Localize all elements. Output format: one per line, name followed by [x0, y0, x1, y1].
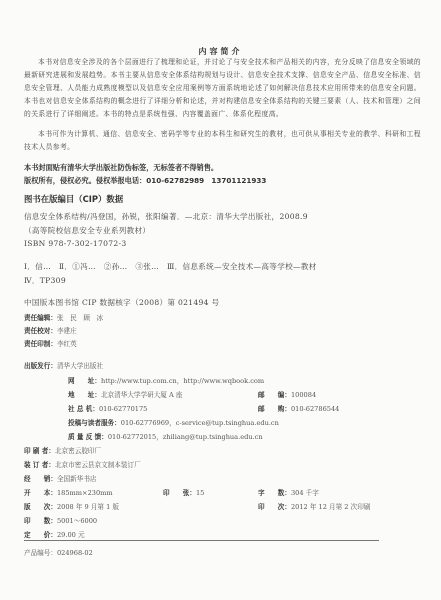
address-label: 地 址： — [68, 391, 101, 399]
cip-line-classification: Ⅳ．TP309 — [24, 275, 66, 286]
printer-label: 印 刷 者： — [24, 447, 55, 455]
staff-proofreader-value: 李建庄 — [57, 327, 77, 335]
edition-row: 版 次：2008 年 9 月第 1 版 — [24, 501, 119, 511]
website-label: 网 址： — [68, 377, 101, 385]
distributor-label: 经 销： — [24, 475, 57, 483]
switchboard-label: 社 总 机： — [68, 405, 99, 413]
words-label: 字 数： — [258, 489, 291, 497]
reader-service-value: 010-62776969，c-service@tup.tsinghua.edu.… — [121, 419, 279, 427]
price-label: 定 价： — [24, 531, 57, 539]
format-row: 开 本：185mm×230mm — [24, 487, 113, 497]
staff-proofreader-label: 责任校对： — [24, 327, 57, 335]
quality-feedback-value: 010-62772015，zhiliang@tup.tsinghua.edu.c… — [108, 433, 263, 441]
website-value[interactable]: http://www.tup.com.cn，http://www.wqbook.… — [101, 377, 264, 385]
product-code: 产品编号：024968-02 — [24, 547, 93, 557]
summary-paragraph-1: 本书对信息安全涉及的各个层面进行了梳理和论证，并讨论了与安全技术和产品相关的内容… — [24, 56, 421, 121]
cip-library-record: 中国版本图书馆 CIP 数据核字（2008）第 021494 号 — [24, 297, 219, 308]
copyright-notice: 版权所有，侵权必究。侵权举报电话：010-62782989 1370112193… — [24, 176, 266, 186]
sheets-label: 印 张： — [163, 489, 196, 497]
sheets-row: 印 张：15 — [163, 487, 204, 497]
format-value: 185mm×230mm — [57, 489, 113, 497]
divider-rule — [24, 540, 379, 541]
switchboard-value: 010-62770175 — [99, 405, 147, 413]
distributor-row: 经 销：全国新华书店 — [24, 473, 97, 483]
mail-order-value: 010-62786544 — [291, 405, 339, 413]
staff-printing-label: 责任印制： — [24, 340, 57, 348]
address-value: 北京清华大学学研大厦 A 座 — [101, 391, 183, 399]
staff-editor: 责任编辑：张 民 顾 冰 — [24, 312, 103, 322]
publisher-row: 出版发行：清华大学出版社 — [24, 360, 103, 370]
staff-proofreader: 责任校对：李建庄 — [24, 325, 77, 335]
words-row: 字 数：304 千字 — [258, 487, 319, 497]
mail-order-label: 邮 购： — [258, 405, 291, 413]
sheets-value: 15 — [196, 489, 204, 497]
price-row: 定 价：29.00 元 — [24, 529, 85, 539]
website-row: 网 址：http://www.tup.com.cn，http://www.wqb… — [68, 375, 264, 385]
staff-editor-value: 张 民 顾 冰 — [57, 314, 103, 322]
publisher-label: 出版发行： — [24, 362, 57, 370]
mail-order-row: 邮 购：010-62786544 — [258, 403, 339, 413]
binder-label: 装 订 者： — [24, 461, 55, 469]
switchboard-row: 社 总 机：010-62770175 — [68, 403, 147, 413]
staff-printing-value: 李红英 — [57, 340, 77, 348]
staff-printing: 责任印制：李红英 — [24, 338, 77, 348]
print-run-label: 印 数： — [24, 517, 57, 525]
summary-paragraph-2: 本书可作为计算机、通信、信息安全、密码学等专业的本科生和研究生的教材，也可供从事… — [24, 128, 421, 154]
cip-line-subjects: Ⅰ．信… Ⅱ．①冯… ②孙… ③张… Ⅲ．信息系统—安全技术—高等学校—教材 — [24, 261, 317, 272]
printer-value: 北京密云胶印厂 — [55, 447, 101, 455]
impression-row: 印 次：2012 年 12 月第 2 次印刷 — [258, 501, 370, 511]
quality-feedback-label: 质 量 反 馈： — [68, 433, 108, 441]
printer-row: 印 刷 者：北京密云胶印厂 — [24, 445, 101, 455]
reader-service-row: 投稿与读者服务：010-62776969，c-service@tup.tsing… — [68, 417, 279, 427]
postcode-label: 邮 编： — [258, 391, 291, 399]
cip-line-series: （高等院校信息安全专业系列教材） — [24, 225, 150, 236]
address-row: 地 址：北京清华大学学研大厦 A 座 — [68, 389, 182, 399]
binder-value: 北京市密云县京文制本装订厂 — [55, 461, 141, 469]
quality-feedback-row: 质 量 反 馈：010-62772015，zhiliang@tup.tsingh… — [68, 431, 263, 441]
cip-line-isbn: ISBN 978-7-302-17072-3 — [24, 239, 127, 248]
impression-label: 印 次： — [258, 503, 291, 511]
edition-label: 版 次： — [24, 503, 57, 511]
publisher-name: 清华大学出版社 — [57, 362, 103, 370]
binder-row: 装 订 者：北京市密云县京文制本装订厂 — [24, 459, 141, 469]
staff-editor-label: 责任编辑： — [24, 314, 57, 322]
anti-counterfeit-notice: 本书封面贴有清华大学出版社防伪标签，无标签者不得销售。 — [24, 163, 218, 173]
postcode-row: 邮 编：100084 — [258, 389, 316, 399]
edition-value: 2008 年 9 月第 1 版 — [57, 503, 119, 511]
price-value: 29.00 元 — [57, 531, 85, 539]
cip-line-title: 信息安全体系结构/冯登国，孙锐，张阳编著．—北京：清华大学出版社，2008.9 — [24, 211, 308, 222]
words-value: 304 千字 — [291, 489, 319, 497]
print-run-value: 5001～6000 — [57, 517, 97, 525]
postcode-value: 100084 — [291, 391, 316, 399]
reader-service-label: 投稿与读者服务： — [68, 419, 121, 427]
print-run-row: 印 数：5001～6000 — [24, 515, 97, 525]
impression-value: 2012 年 12 月第 2 次印刷 — [291, 503, 370, 511]
format-label: 开 本： — [24, 489, 57, 497]
cip-heading: 图书在版编目（CIP）数据 — [24, 193, 123, 205]
distributor-value: 全国新华书店 — [57, 475, 97, 483]
